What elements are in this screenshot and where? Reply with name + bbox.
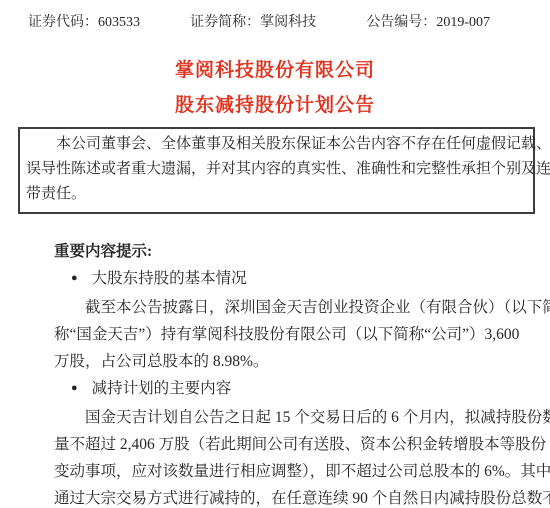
important-notice-heading: 重要内容提示: (54, 238, 530, 265)
bullet-dot-icon: ● (71, 375, 78, 402)
securities-abbr-label: 证券简称： (190, 15, 260, 30)
bullet-item-title: 减持计划的主要内容 (92, 380, 232, 397)
paragraph-line: 国金天吉计划自公告之日起 15 个交易日后的 6 个月内，拟减持股份数 (54, 404, 530, 431)
paragraph-line: 万股，占公司总股本的 8.98%。 (54, 348, 530, 375)
announcement-body: 重要内容提示: ●大股东持股的基本情况 截至本公告披露日，深圳国金天吉创业投资企… (54, 238, 530, 508)
announcement-page: 证券代码：603533 证券简称：掌阅科技 公告编号：2019-007 掌阅科技… (0, 0, 550, 508)
paragraph-line: 通过大宗交易方式进行减持的，在任意连续 90 个自然日内减持股份总数不 (54, 485, 530, 508)
announcement-number-value: 2019-007 (436, 15, 490, 30)
securities-code: 证券代码：603533 (28, 11, 140, 31)
announcement-number: 公告编号：2019-007 (366, 11, 490, 31)
bullet-item-title: 大股东持股的基本情况 (92, 270, 247, 287)
reduction-plan-paragraph: 国金天吉计划自公告之日起 15 个交易日后的 6 个月内，拟减持股份数 量不超过… (54, 404, 530, 508)
bullet-item-reduction-plan: ●减持计划的主要内容 (54, 375, 530, 404)
announcement-subject-title: 股东减持股份计划公告 (0, 93, 550, 119)
securities-code-value: 603533 (98, 15, 140, 30)
announcement-number-label: 公告编号： (366, 15, 436, 30)
disclaimer-line: 误导性陈述或者重大遗漏，并对其内容的真实性、准确性和完整性承担个别及连 (26, 157, 525, 182)
paragraph-line: 变动事项，应对该数量进行相应调整），即不超过公司总股本的 6%。其中， (54, 458, 530, 485)
securities-abbr-value: 掌阅科技 (260, 15, 316, 30)
shareholder-basics-paragraph: 截至本公告披露日，深圳国金天吉创业投资企业（有限合伙）（以下简 称“国金天吉”）… (54, 294, 530, 375)
securities-code-label: 证券代码： (28, 15, 98, 30)
disclaimer-line: 本公司董事会、全体董事及相关股东保证本公告内容不存在任何虚假记载、 (26, 132, 525, 157)
disclaimer-box: 本公司董事会、全体董事及相关股东保证本公告内容不存在任何虚假记载、 误导性陈述或… (18, 127, 535, 214)
disclaimer-line: 带责任。 (26, 182, 525, 207)
header-meta-row: 证券代码：603533 证券简称：掌阅科技 公告编号：2019-007 (0, 0, 550, 31)
paragraph-line: 称“国金天吉”）持有掌阅科技股份有限公司（以下简称“公司”）3,600 (54, 321, 530, 348)
securities-abbr: 证券简称：掌阅科技 (190, 11, 316, 31)
paragraph-line: 截至本公告披露日，深圳国金天吉创业投资企业（有限合伙）（以下简 (54, 294, 530, 321)
bullet-dot-icon: ● (71, 265, 78, 292)
bullet-item-shareholder-basics: ●大股东持股的基本情况 (54, 265, 530, 294)
paragraph-line: 量不超过 2,406 万股（若此期间公司有送股、资本公积金转增股本等股份 (54, 431, 530, 458)
company-name-title: 掌阅科技股份有限公司 (0, 58, 550, 84)
